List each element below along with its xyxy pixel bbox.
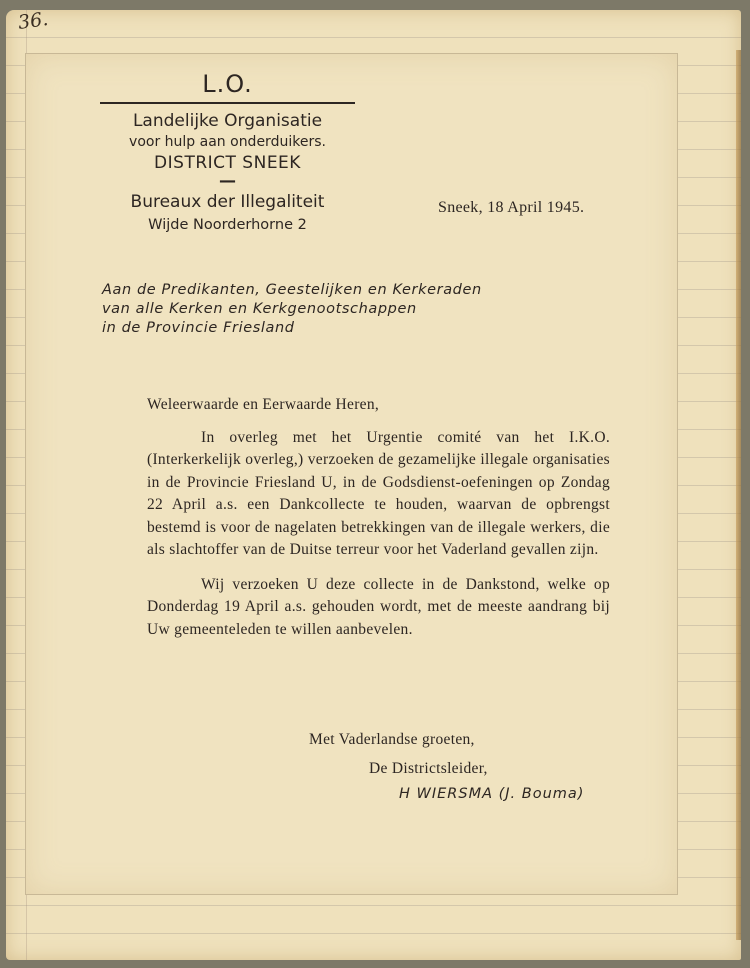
recipients-block: Aan de Predikanten, Geestelijken en Kerk… (102, 281, 482, 338)
bureau-name: Bureaux der Illegaliteit (100, 190, 355, 214)
letterhead-abbreviation: L.O. (100, 68, 355, 100)
letterhead-rule (100, 102, 355, 104)
bureau-address: Wijde Noorderhorne 2 (100, 214, 355, 236)
salutation: Weleerwaarde en Eerwaarde Heren, (147, 394, 610, 417)
sheet-edge (736, 50, 741, 940)
letterhead-separator: — (100, 174, 355, 188)
letterhead: L.O. Landelijke Organisatie voor hulp aa… (100, 68, 355, 236)
closing-greeting: Met Vaderlandse groeten, (309, 731, 475, 749)
body-paragraph: In overleg met het Urgentie comité van h… (147, 427, 610, 562)
letter-body: Weleerwaarde en Eerwaarde Heren, In over… (147, 394, 610, 641)
signatory-role: De Districtsleider, (369, 760, 488, 778)
recipient-line: Aan de Predikanten, Geestelijken en Kerk… (102, 281, 482, 300)
date-line: Sneek, 18 April 1945. (438, 199, 584, 217)
organization-subtitle: voor hulp aan onderduikers. (100, 132, 355, 152)
recipient-line: in de Provincie Friesland (102, 319, 482, 338)
body-paragraph: Wij verzoeken U deze collecte in de Dank… (147, 574, 610, 642)
organization-name: Landelijke Organisatie (100, 110, 355, 132)
recipient-line: van alle Kerken en Kerkgenootschappen (102, 300, 482, 319)
handwritten-page-number: 36. (17, 8, 50, 34)
signature: H WIERSMA (J. Bouma) (399, 786, 584, 802)
